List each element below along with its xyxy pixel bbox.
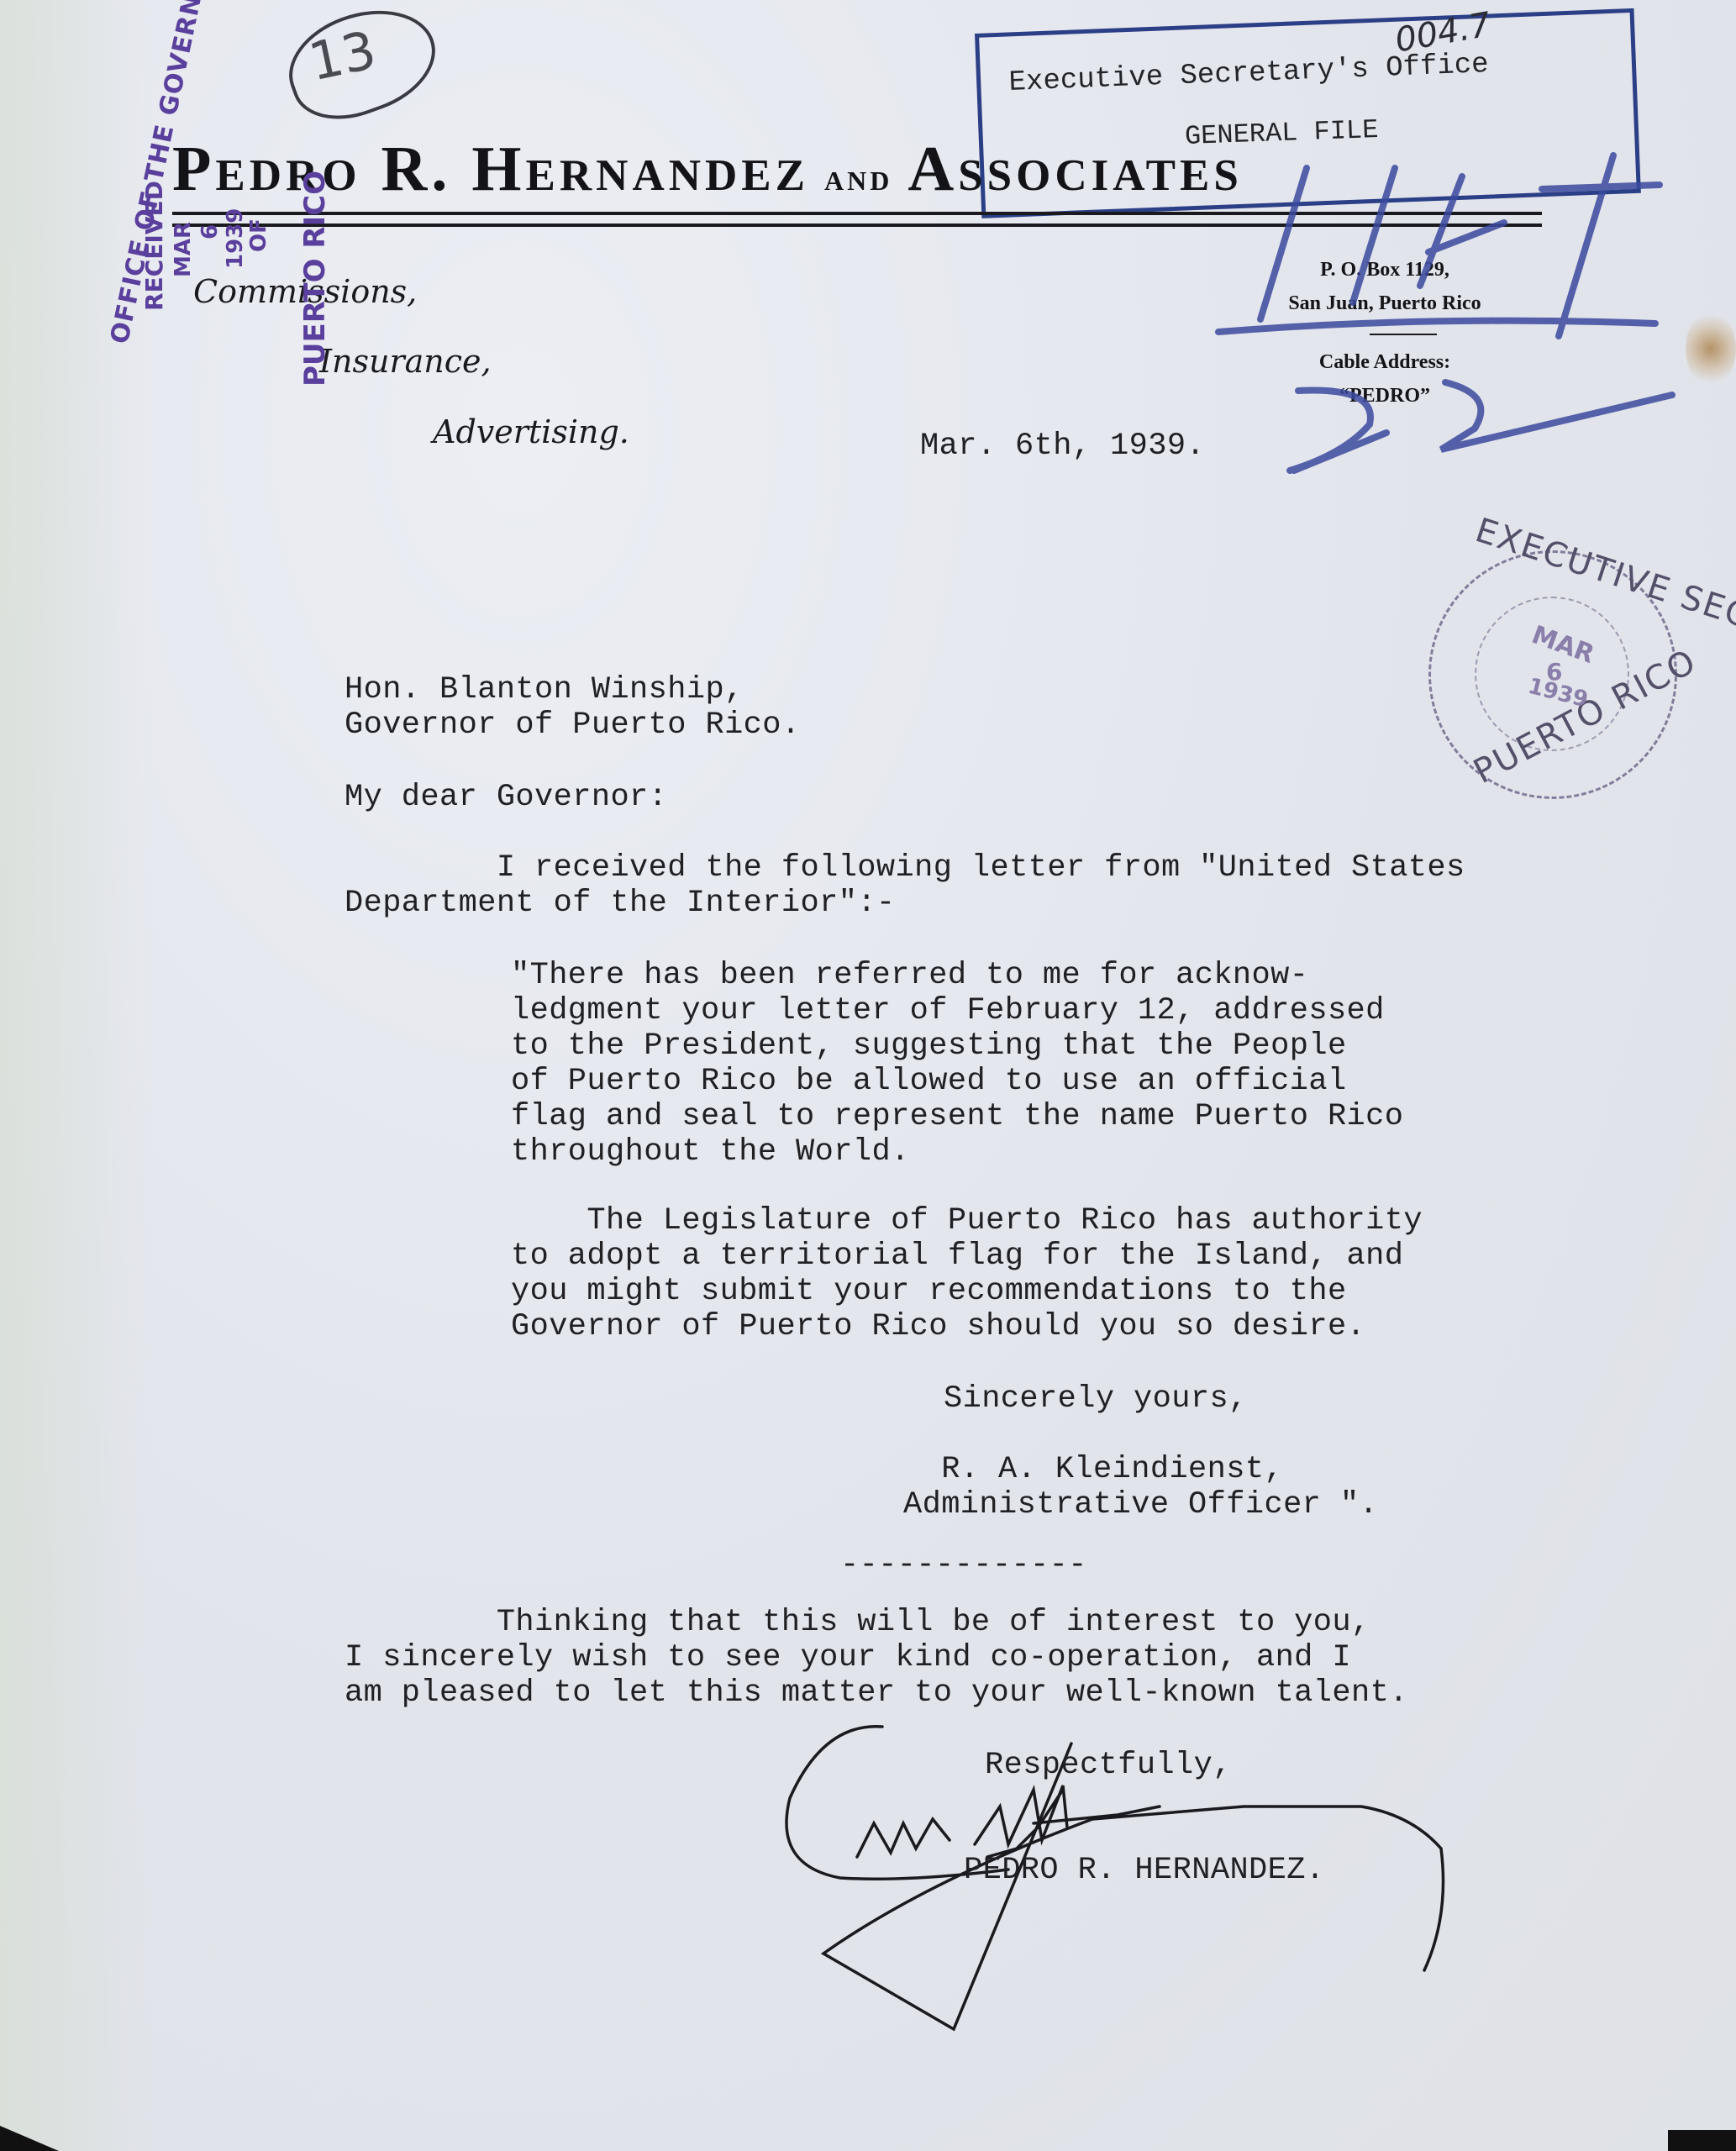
stamp-of: OF bbox=[246, 218, 271, 252]
section-divider: ------------- bbox=[840, 1548, 1087, 1583]
stamp-received-text: RECEIVED bbox=[140, 181, 168, 311]
quoted-paragraph-1: "There has been referred to me for ackno… bbox=[511, 958, 1403, 1170]
stamp-month: MAR bbox=[171, 222, 196, 277]
address-city: San Juan, Puerto Rico bbox=[1234, 292, 1536, 315]
recipient-block: Hon. Blanton Winship, Governor of Puerto… bbox=[345, 672, 801, 743]
salutation: My dear Governor: bbox=[345, 780, 667, 815]
cable-address-value: “PEDRO” bbox=[1234, 385, 1536, 408]
stamp-place: PUERTO RICO bbox=[298, 171, 332, 387]
letterhead-rule-top bbox=[172, 212, 1542, 215]
paper-stain bbox=[1686, 311, 1736, 387]
stamp-year: 1939 bbox=[223, 208, 248, 269]
service-advertising: Advertising. bbox=[433, 413, 629, 450]
company-name-part2: Associates bbox=[907, 134, 1242, 204]
recipient-title: Governor of Puerto Rico. bbox=[345, 707, 801, 743]
stamp-day: 6 bbox=[197, 224, 223, 239]
address-divider bbox=[1370, 334, 1437, 335]
signature-typed-name: PEDRO R. HERNANDEZ. bbox=[964, 1853, 1324, 1888]
governor-received-stamp: OFFICE OF THE GOVERNOR RECEIVED MAR 6 19… bbox=[46, 126, 307, 403]
closing-respectfully: Respectfully, bbox=[985, 1748, 1232, 1783]
address-po-box: P. O. Box 1129, bbox=[1234, 259, 1536, 281]
scan-edge-bottom-right bbox=[1668, 2130, 1736, 2151]
service-insurance: Insurance, bbox=[319, 343, 492, 380]
letterhead-rule-bottom bbox=[172, 224, 1542, 227]
letterhead-company-name: Pedro R. HernandezandAssociates bbox=[172, 133, 1243, 206]
recipient-name: Hon. Blanton Winship, bbox=[345, 672, 744, 707]
quoted-paragraph-2: The Legislature of Puerto Rico has autho… bbox=[511, 1203, 1423, 1344]
letter-date: Mar. 6th, 1939. bbox=[920, 429, 1205, 464]
paragraph-closing: Thinking that this will be of interest t… bbox=[345, 1605, 1408, 1711]
paragraph-intro: I received the following letter from "Un… bbox=[345, 850, 1465, 921]
company-name-and: and bbox=[824, 155, 892, 198]
executive-secretary-round-stamp: EXECUTIVE SECRETARY PUERTO RICO MAR 6 19… bbox=[1428, 550, 1681, 802]
quoted-closing: Sincerely yours, bbox=[944, 1381, 1248, 1417]
quoted-signer: R. A. Kleindienst, Administrative Office… bbox=[903, 1452, 1378, 1523]
cable-address-label: Cable Address: bbox=[1234, 351, 1536, 374]
